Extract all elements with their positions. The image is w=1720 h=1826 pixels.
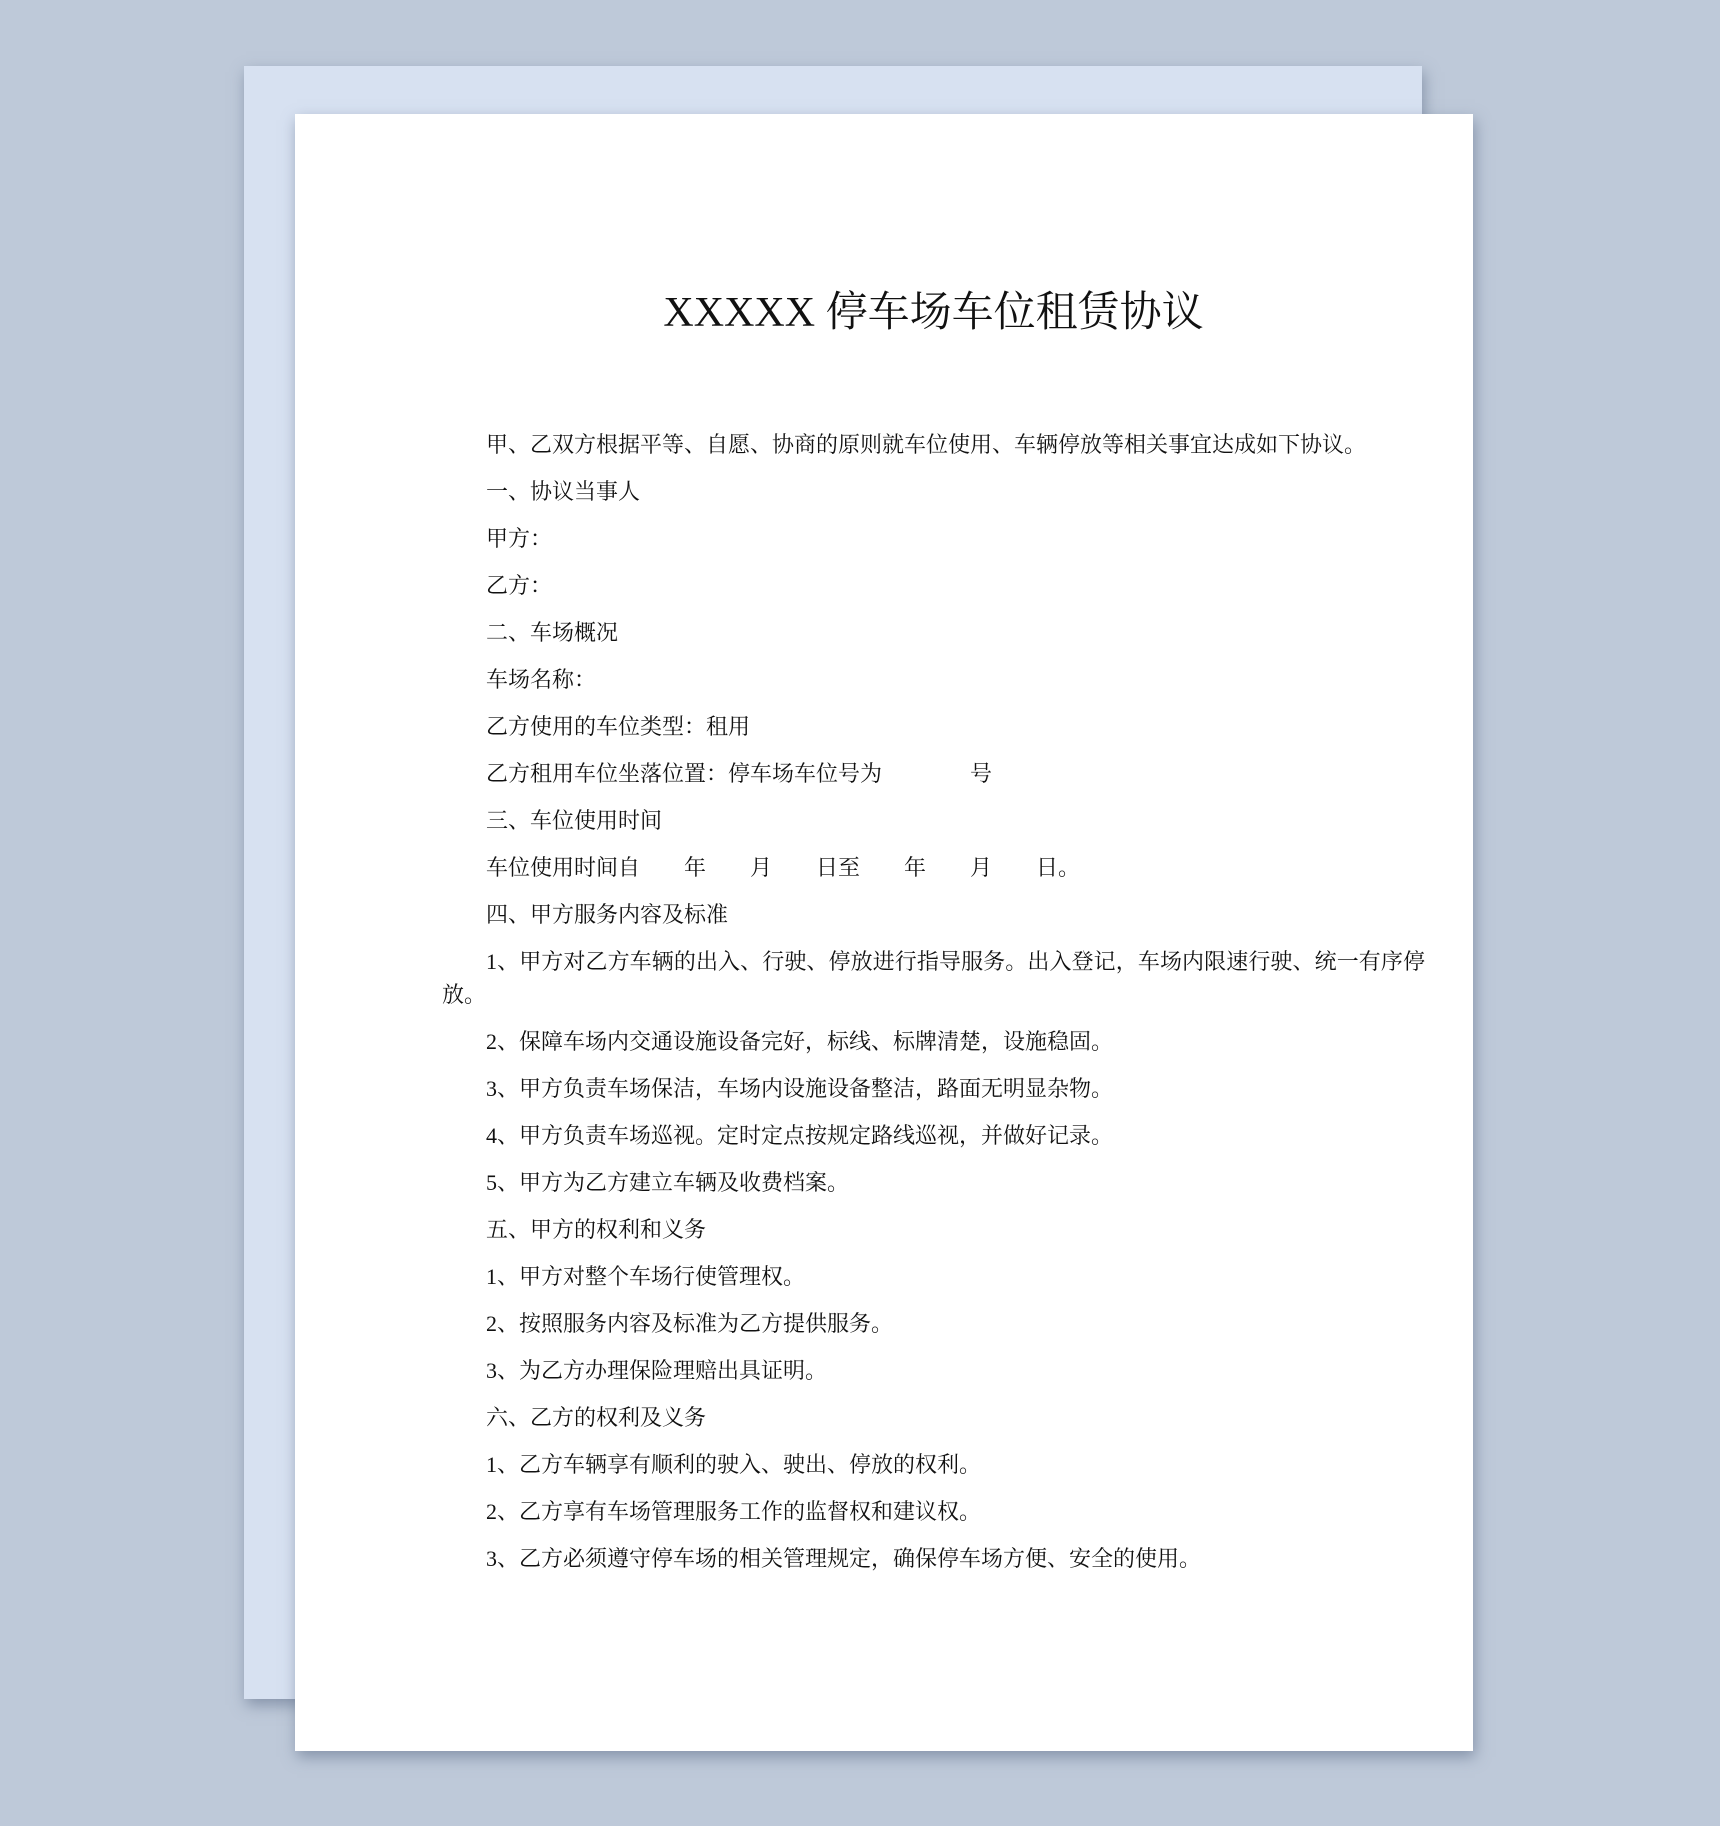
paragraph: 3、乙方必须遵守停车场的相关管理规定，确保停车场方便、安全的使用。 bbox=[442, 1542, 1425, 1575]
paragraph: 四、甲方服务内容及标准 bbox=[442, 898, 1425, 931]
paragraph: 乙方使用的车位类型：租用 bbox=[442, 710, 1425, 743]
desktop-background: XXXXX 停车场车位租赁协议 甲、乙双方根据平等、自愿、协商的原则就车位使用、… bbox=[0, 0, 1720, 1826]
paragraph: 乙方： bbox=[442, 569, 1425, 602]
paragraph: 一、协议当事人 bbox=[442, 475, 1425, 508]
document-page: XXXXX 停车场车位租赁协议 甲、乙双方根据平等、自愿、协商的原则就车位使用、… bbox=[295, 114, 1473, 1751]
paragraph: 5、甲方为乙方建立车辆及收费档案。 bbox=[442, 1166, 1425, 1199]
document-title: XXXXX 停车场车位租赁协议 bbox=[442, 290, 1425, 336]
paragraph: 甲方： bbox=[442, 522, 1425, 555]
paragraph: 车场名称： bbox=[442, 663, 1425, 696]
paragraph: 三、车位使用时间 bbox=[442, 804, 1425, 837]
paragraph: 3、甲方负责车场保洁，车场内设施设备整洁，路面无明显杂物。 bbox=[442, 1072, 1425, 1105]
paragraph: 2、乙方享有车场管理服务工作的监督权和建议权。 bbox=[442, 1495, 1425, 1528]
paragraph: 1、甲方对整个车场行使管理权。 bbox=[442, 1260, 1425, 1293]
paragraph: 4、甲方负责车场巡视。定时定点按规定路线巡视，并做好记录。 bbox=[442, 1119, 1425, 1152]
paragraph: 乙方租用车位坐落位置：停车场车位号为 号 bbox=[442, 757, 1425, 790]
paragraph: 五、甲方的权利和义务 bbox=[442, 1213, 1425, 1246]
paragraph: 3、为乙方办理保险理赔出具证明。 bbox=[442, 1354, 1425, 1387]
paragraph: 甲、乙双方根据平等、自愿、协商的原则就车位使用、车辆停放等相关事宜达成如下协议。 bbox=[442, 428, 1425, 461]
paragraph: 2、保障车场内交通设施设备完好，标线、标牌清楚，设施稳固。 bbox=[442, 1025, 1425, 1058]
paragraph: 车位使用时间自 年 月 日至 年 月 日。 bbox=[442, 851, 1425, 884]
document-body: 甲、乙双方根据平等、自愿、协商的原则就车位使用、车辆停放等相关事宜达成如下协议。… bbox=[442, 428, 1425, 1575]
paragraph: 六、乙方的权利及义务 bbox=[442, 1401, 1425, 1434]
paragraph: 1、乙方车辆享有顺利的驶入、驶出、停放的权利。 bbox=[442, 1448, 1425, 1481]
paragraph: 2、按照服务内容及标准为乙方提供服务。 bbox=[442, 1307, 1425, 1340]
paragraph: 二、车场概况 bbox=[442, 616, 1425, 649]
paragraph: 1、甲方对乙方车辆的出入、行驶、停放进行指导服务。出入登记，车场内限速行驶、统一… bbox=[442, 945, 1425, 1011]
